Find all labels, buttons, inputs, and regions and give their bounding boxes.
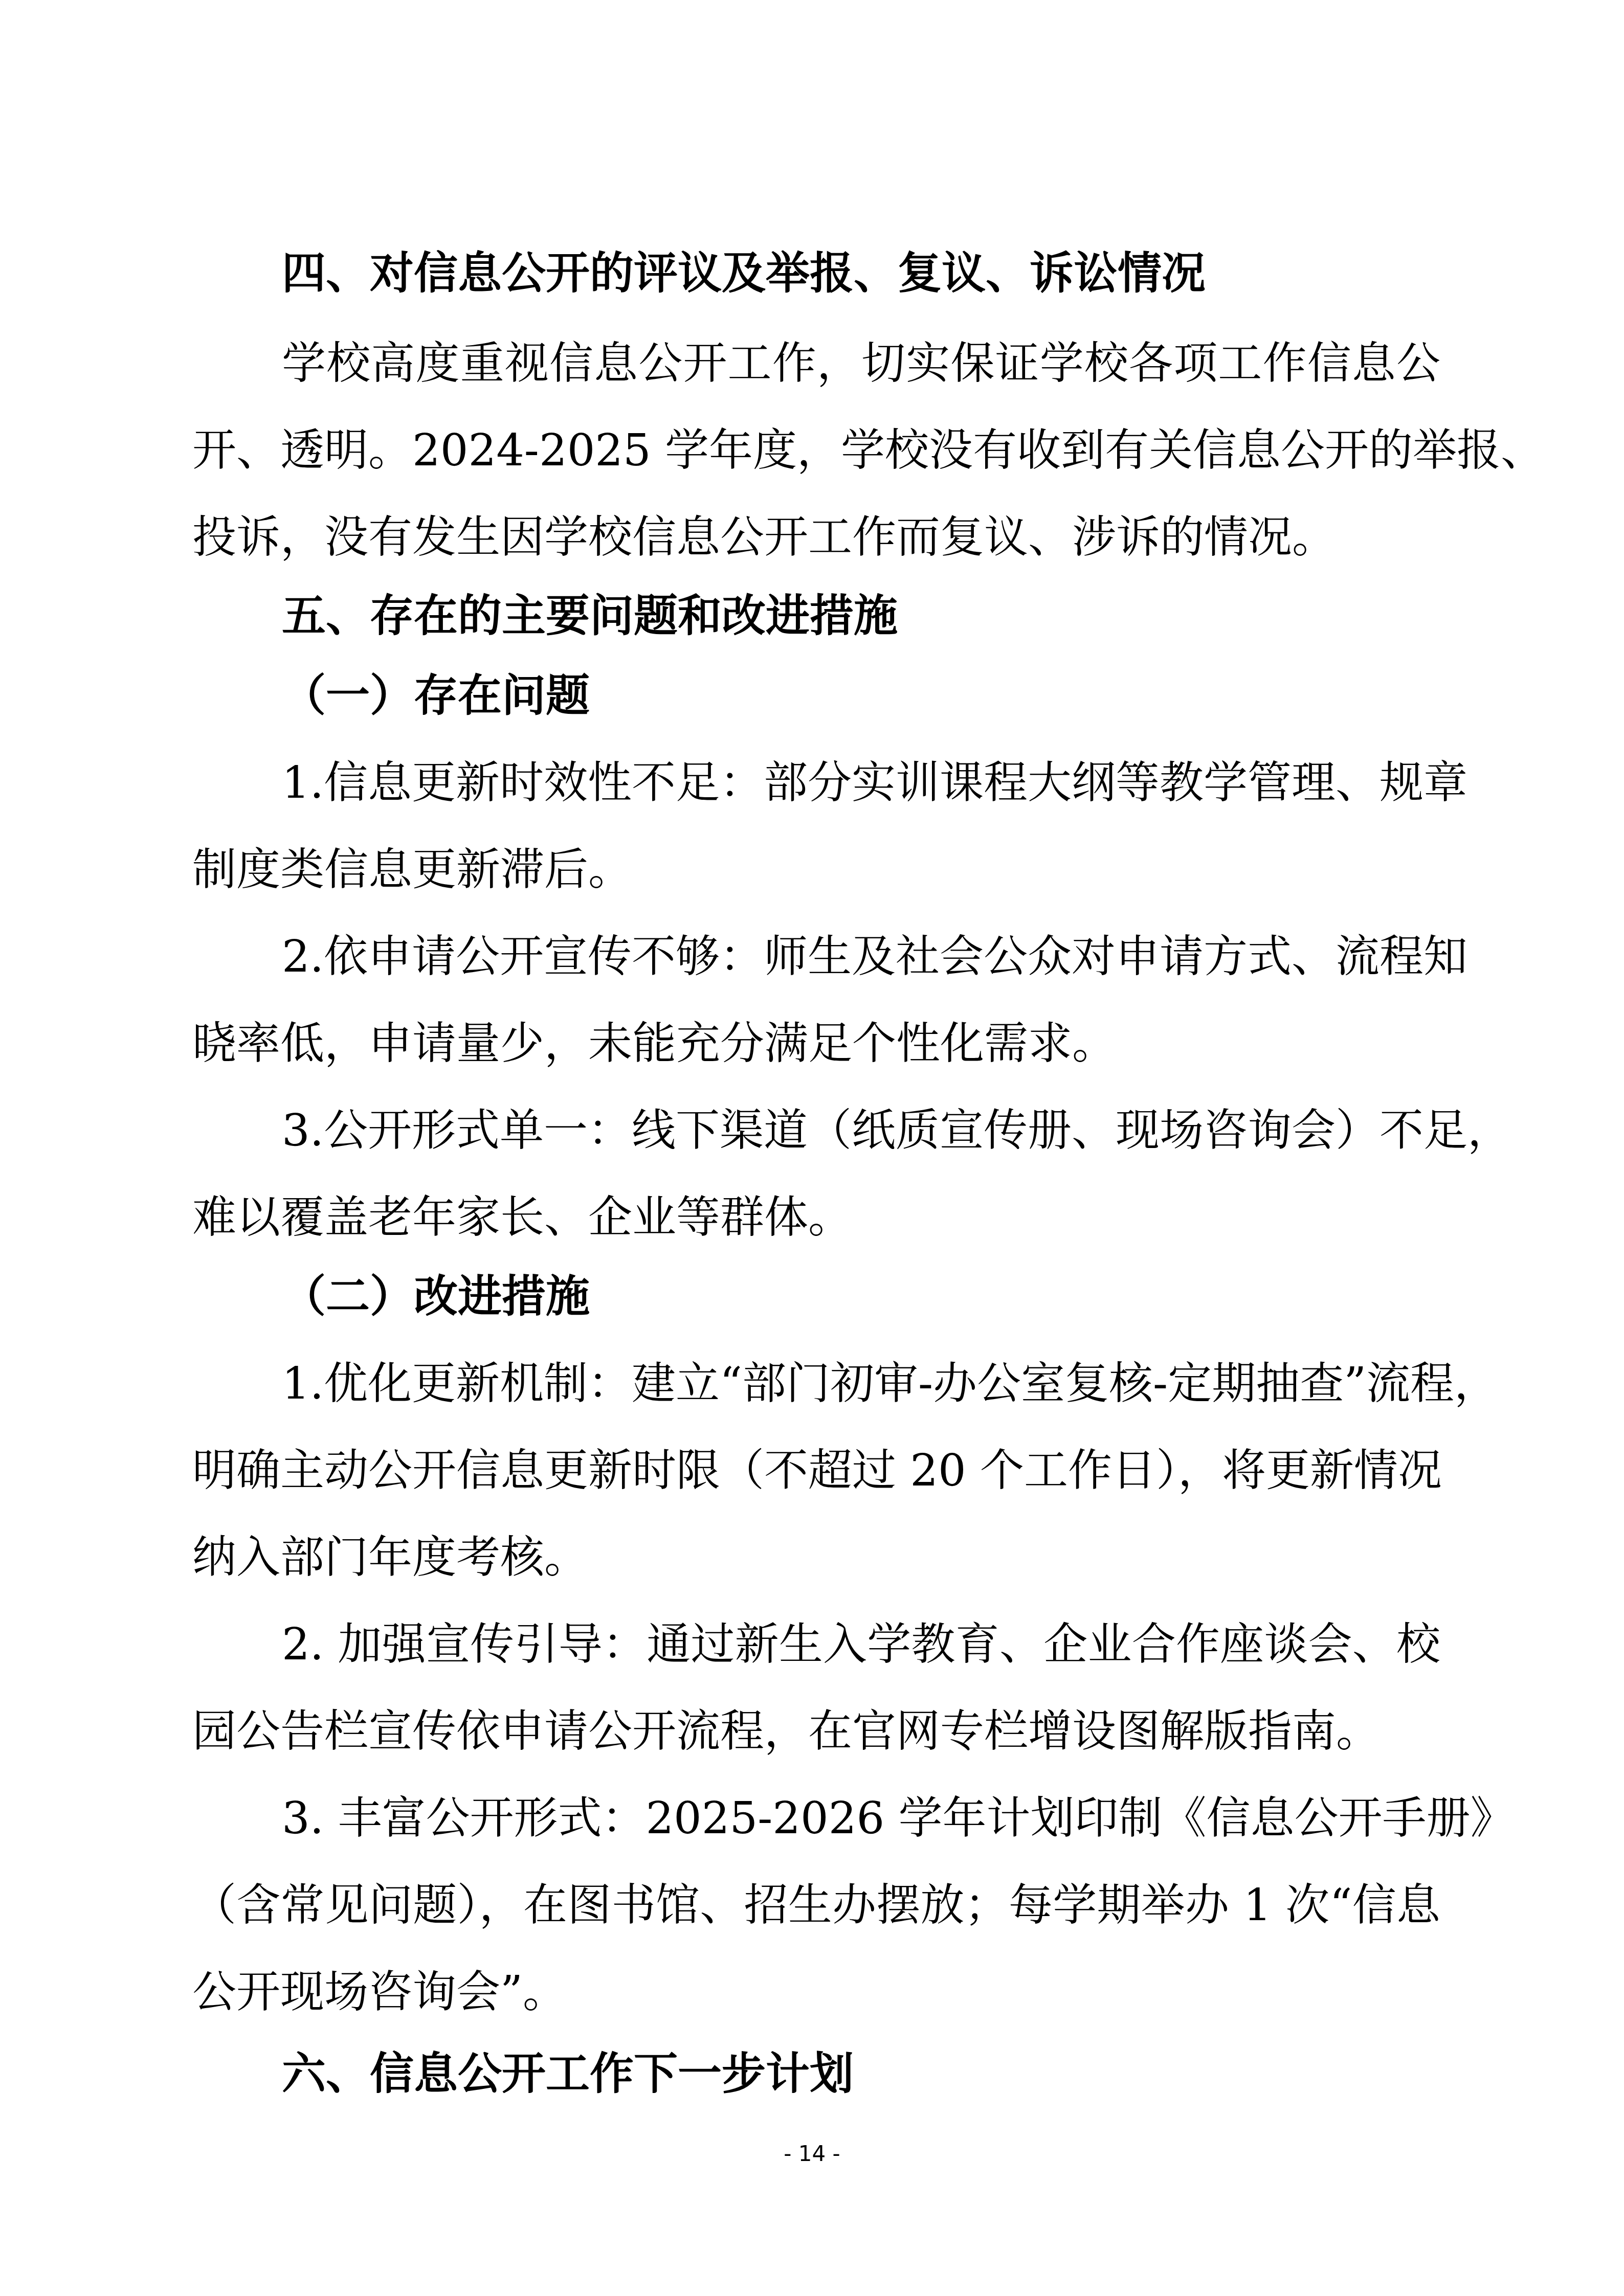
problem-item-1-line: 1.信息更新时效性不足：部分实训课程大纲等教学管理、规章 xyxy=(282,761,1440,805)
section-heading-6: 六、信息公开工作下一步计划 xyxy=(282,2052,854,2096)
measure-item-1-line: 1.优化更新机制：建立“部门初审-办公室复核-定期抽查”流程， xyxy=(282,1362,1440,1406)
measure-item-2-line: 园公告栏宣传依申请公开流程，在官网专栏增设图解版指南。 xyxy=(192,1709,1380,1753)
problem-item-3-line: 难以覆盖老年家长、企业等群体。 xyxy=(192,1196,852,1240)
subsection-heading-problems: （一）存在问题 xyxy=(282,674,590,718)
problem-item-3-line: 3.公开形式单一：线下渠道（纸质宣传册、现场咨询会）不足， xyxy=(282,1109,1440,1153)
problem-item-2-line: 晓率低，申请量少，未能充分满足个性化需求。 xyxy=(192,1022,1116,1066)
paragraph-line: 投诉，没有发生因学校信息公开工作而复议、涉诉的情况。 xyxy=(192,515,1336,559)
subsection-heading-measures: （二）改进措施 xyxy=(282,1275,590,1319)
measure-item-3-line: （含常见问题），在图书馆、招生办摆放；每学期举办 1 次“信息 xyxy=(192,1883,1440,1927)
page-number: - 14 - xyxy=(0,2141,1624,2166)
document-page: 四、对信息公开的评议及举报、复议、诉讼情况 学校高度重视信息公开工作，切实保证学… xyxy=(0,0,1624,2296)
measure-item-2-line: 2. 加强宣传引导：通过新生入学教育、企业合作座谈会、校 xyxy=(282,1623,1440,1667)
measure-item-1-line: 纳入部门年度考核。 xyxy=(192,1536,588,1580)
paragraph-line: 学校高度重视信息公开工作，切实保证学校各项工作信息公 xyxy=(282,342,1440,386)
measure-item-3-line: 公开现场咨询会”。 xyxy=(192,1970,567,2014)
problem-item-2-line: 2.依申请公开宣传不够：师生及社会公众对申请方式、流程知 xyxy=(282,935,1440,979)
paragraph-line: 开、透明。2024-2025 学年度，学校没有收到有关信息公开的举报、 xyxy=(192,429,1440,472)
problem-item-1-line: 制度类信息更新滞后。 xyxy=(192,848,632,892)
section-heading-4: 四、对信息公开的评议及举报、复议、诉讼情况 xyxy=(282,252,1206,296)
measure-item-1-line: 明确主动公开信息更新时限（不超过 20 个工作日），将更新情况 xyxy=(192,1449,1440,1493)
measure-item-3-line: 3. 丰富公开形式：2025-2026 学年计划印制《信息公开手册》 xyxy=(282,1796,1440,1840)
section-heading-5: 五、存在的主要问题和改进措施 xyxy=(282,594,898,638)
